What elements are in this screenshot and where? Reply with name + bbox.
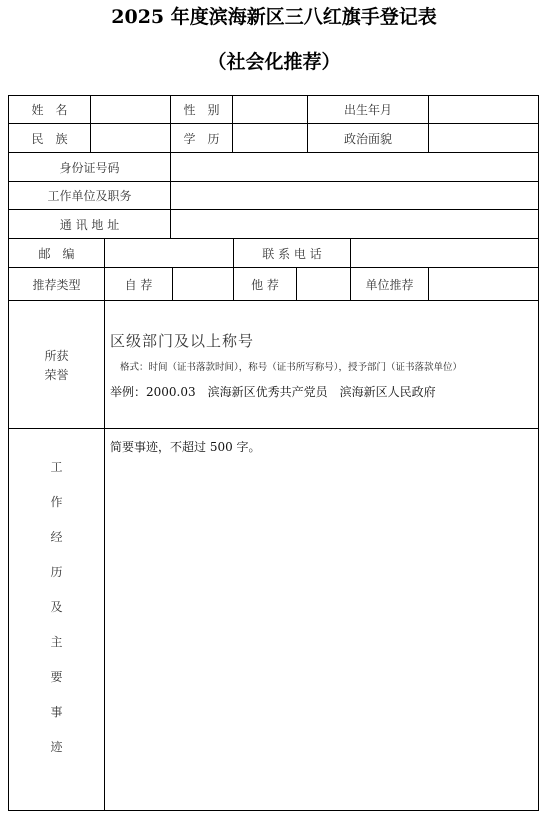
work-history-char: 作: [50, 493, 62, 510]
work-unit-label: 工作单位及职务: [8, 181, 171, 210]
honors-label-line1: 所获: [44, 347, 68, 364]
other-recommend-label: 他 荐: [233, 267, 297, 301]
phone-label: 联 系 电 话: [233, 238, 351, 268]
education-field[interactable]: [232, 123, 308, 153]
honors-label-line2: 荣誉: [44, 366, 68, 383]
work-history-char: 事: [50, 703, 62, 720]
phone-field[interactable]: [350, 238, 539, 268]
honors-format: 格式：时间（证书落款时间），称号（证书所写称号），授予部门（证书落款单位）: [110, 359, 535, 373]
name-label: 姓 名: [8, 95, 91, 124]
honors-heading: 区级部门及以上称号: [110, 330, 535, 351]
ethnicity-label: 民 族: [8, 123, 91, 153]
honors-example: 举例：2000.03 滨海新区优秀共产党员 滨海新区人民政府: [110, 383, 535, 400]
self-recommend-field[interactable]: [172, 267, 234, 301]
work-history-char: 经: [50, 528, 62, 545]
honors-label: 所获 荣誉: [8, 300, 105, 429]
id-field[interactable]: [170, 152, 539, 182]
address-field[interactable]: [170, 209, 539, 239]
recommend-type-label: 推荐类型: [8, 267, 105, 301]
id-label: 身份证号码: [8, 152, 171, 182]
birth-label: 出生年月: [307, 95, 429, 124]
gender-field[interactable]: [232, 95, 308, 124]
self-recommend-label: 自 荐: [104, 267, 173, 301]
birth-field[interactable]: [428, 95, 539, 124]
ethnicity-field[interactable]: [90, 123, 171, 153]
work-history-char: 要: [50, 668, 62, 685]
form-title: 2025 年度滨海新区三八红旗手登记表: [0, 2, 548, 29]
work-history-char: 主: [50, 633, 62, 650]
postcode-field[interactable]: [104, 238, 234, 268]
work-history-char: 工: [50, 458, 62, 475]
political-field[interactable]: [428, 123, 539, 153]
work-history-char: 迹: [50, 738, 62, 755]
postcode-label: 邮 编: [8, 238, 105, 268]
work-history-field[interactable]: [104, 428, 539, 811]
work-unit-field[interactable]: [170, 181, 539, 210]
unit-recommend-field[interactable]: [428, 267, 539, 301]
honors-content: 区级部门及以上称号 格式：时间（证书落款时间），称号（证书所写称号），授予部门（…: [110, 330, 535, 400]
work-history-hint: 简要事迹，不超过 500 字。: [110, 438, 261, 455]
political-label: 政治面貌: [307, 123, 429, 153]
work-history-label: 工 作 经 历 及 主 要 事 迹: [8, 428, 105, 811]
form-subtitle: （社会化推荐）: [0, 47, 548, 74]
work-history-char: 及: [50, 598, 62, 615]
other-recommend-field[interactable]: [296, 267, 351, 301]
education-label: 学 历: [170, 123, 233, 153]
unit-recommend-label: 单位推荐: [350, 267, 429, 301]
address-label: 通 讯 地 址: [8, 209, 171, 239]
work-history-char: 历: [50, 563, 62, 580]
gender-label: 性 别: [170, 95, 233, 124]
name-field[interactable]: [90, 95, 171, 124]
